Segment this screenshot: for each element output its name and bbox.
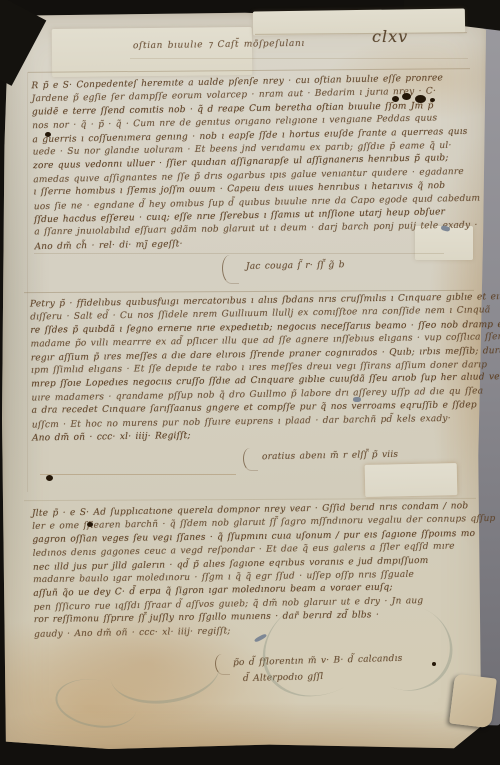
folded-page-corner (449, 674, 497, 729)
ink-blot (46, 475, 53, 481)
ink-blot (87, 522, 93, 527)
paraph-mark (243, 448, 258, 471)
ink-blot (45, 132, 51, 137)
slip-seam (27, 72, 28, 492)
crease-line (40, 474, 236, 475)
ink-blot (415, 95, 426, 103)
entry-2: Petry p̃ · ffidelıbus quıbusfuıgı mercat… (30, 292, 474, 446)
ink-blot (430, 98, 435, 102)
registration-note-1: Jac couga ſ̃ r· ſſ̃ g̃ b (246, 259, 345, 274)
registration-note-2: oratius abenı m̃ r elſſ̃ p̃ viis (262, 449, 398, 465)
paraph-mark (222, 255, 239, 284)
gray-smudge (353, 397, 361, 402)
running-header: oſtian bıuulıe ⁊ Caſt̃ mõſpeſulanı (133, 38, 305, 54)
manuscript-photo: oſtian bıuulıe ⁊ Caſt̃ mõſpeſulanı clxv … (0, 0, 500, 765)
slip-seam (130, 58, 468, 59)
repair-patch (365, 463, 458, 497)
ink-blot (392, 96, 399, 102)
ink-blot (402, 93, 411, 100)
folio-number: clxv (372, 30, 408, 43)
